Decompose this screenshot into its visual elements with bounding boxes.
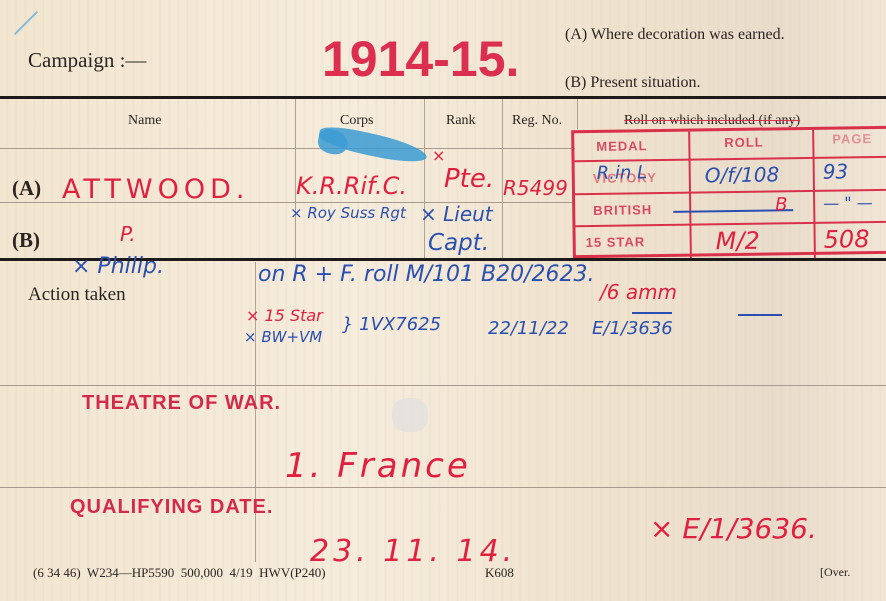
action-note-1: on R + F. roll M/101 B20/2623. <box>258 262 595 287</box>
col-header-reg-no: Reg. No. <box>512 113 562 129</box>
action-ref: E/1/3636 <box>592 318 673 339</box>
row-b-initial: P. <box>120 222 136 246</box>
action-note-1b: /6 amm <box>600 280 677 304</box>
pen-mark <box>14 11 38 35</box>
roll-victory-roll: O/f/108 <box>705 162 780 187</box>
row-a-name: ATTWOOD. <box>62 174 249 205</box>
col-divider <box>424 99 425 259</box>
roll-header-roll: ROLL <box>724 135 764 151</box>
footer-over: [Over. <box>820 565 850 580</box>
roll-15star-roll: M/2 <box>715 227 759 256</box>
col-header-rank: Rank <box>446 113 476 129</box>
header-rule <box>0 96 886 99</box>
row-a-rank: Pte. <box>444 164 494 194</box>
row-b-corps: × Roy Suss Rgt <box>290 204 406 222</box>
row-a-reg-no: R5499 <box>503 176 568 200</box>
action-medal-blue: × BW+VM <box>244 328 322 346</box>
row-rule <box>0 148 575 149</box>
row-b-marker: (B) <box>12 228 40 253</box>
footer-print-code: (6 34 46) W234—HP5590 500,000 4/19 HWV(P… <box>33 565 326 581</box>
qualifying-label: QUALIFYING DATE. <box>70 496 273 519</box>
roll-header-page: PAGE <box>832 131 872 147</box>
roll-medal-british: BRITISH <box>593 202 652 218</box>
campaign-label: Campaign :— <box>28 48 146 73</box>
row-rule <box>0 487 886 488</box>
row-rule <box>0 385 886 386</box>
smudge <box>392 398 428 432</box>
note-b: (B) Present situation. <box>565 74 701 92</box>
roll-medal-15star: 15 STAR <box>586 234 646 250</box>
row-b-rank-2: Capt. <box>428 230 489 256</box>
roll-stamp-box: MEDAL ROLL PAGE VICTORY R.in L O/f/108 9… <box>571 126 886 258</box>
red-cross-mark: × <box>432 146 445 165</box>
roll-british-page: — " — <box>823 193 873 213</box>
underline-mark <box>738 314 782 316</box>
theatre-label: THEATRE OF WAR. <box>82 392 281 415</box>
qualifying-ref: × E/1/3636. <box>650 512 817 545</box>
action-label: Action taken <box>28 284 126 306</box>
row-a-marker: (A) <box>12 176 41 201</box>
roll-header-medal: MEDAL <box>596 138 647 154</box>
col-header-name: Name <box>128 113 161 129</box>
action-date: 22/11/22 <box>488 318 569 339</box>
medal-index-card: Campaign :— 1914-15. (A) Where decoratio… <box>0 0 886 601</box>
row-a-corps: K.R.Rif.C. <box>296 172 407 200</box>
roll-victory-note: R.in L <box>597 162 648 184</box>
theatre-value: 1. France <box>285 446 471 486</box>
campaign-stamp: 1914-15. <box>322 30 519 88</box>
note-a: (A) Where decoration was earned. <box>565 26 785 44</box>
roll-15star-page: 508 <box>823 225 869 254</box>
roll-british-roll: B <box>775 194 788 215</box>
action-bracket-ref: } 1VX7625 <box>342 314 441 335</box>
underline-mark <box>632 312 672 314</box>
row-b-rank-1: × Lieut <box>420 202 493 226</box>
footer-form-no: K608 <box>485 565 514 581</box>
qualifying-value: 23. 11. 14. <box>310 534 516 569</box>
col-divider <box>577 99 578 129</box>
action-medal-red: × 15 Star <box>246 306 323 325</box>
col-header-corps: Corps <box>340 113 373 129</box>
roll-victory-page: 93 <box>823 159 849 183</box>
row-b-first-name: × Philip. <box>72 254 164 279</box>
